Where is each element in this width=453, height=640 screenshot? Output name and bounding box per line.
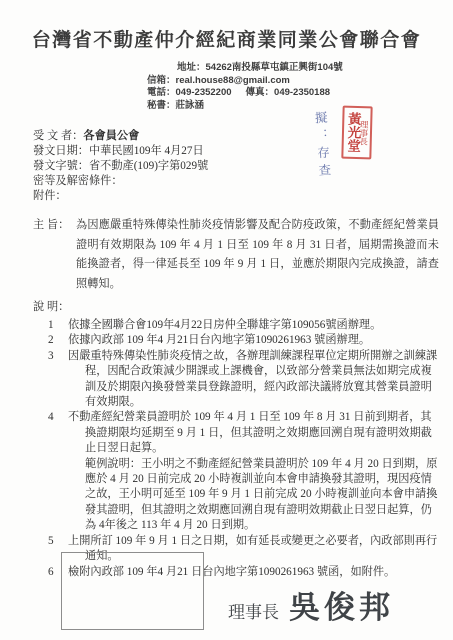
field-ref-number-label: 發文字號：: [33, 160, 89, 172]
subject-section: 主 旨： 為因應嚴重特殊傳染性肺炎疫情影響及配合防疫政策，不動產經紀營業員證明有…: [33, 216, 439, 294]
item-example-text: 範例說明：王小明之不動產經紀營業員證明於 109 年 4 月 20 日到期，原應…: [85, 457, 440, 534]
stamp-name-text: 黃光堂: [345, 112, 360, 153]
empty-attachment-box: [61, 552, 204, 630]
explanation-item-1: 1 依據全國聯合會109年4月22日房仲全聯雄字第109056號函辦理。: [48, 318, 440, 333]
field-issue-date: 發文日期：中華民國109年 4月27日: [33, 144, 453, 159]
field-issue-date-value: 中華民國109年 4月27日: [89, 145, 204, 157]
phone-value: 049-2352200: [176, 87, 232, 98]
phone-label: 電話：: [147, 87, 176, 98]
subject-label: 主 旨：: [33, 216, 76, 294]
field-attachment-label: 附件：: [33, 190, 67, 202]
subject-text: 為因應嚴重特殊傳染性肺炎疫情影響及配合防疫政策，不動產經紀營業員證明有效期限為 …: [76, 216, 439, 294]
address-value: 54262南投縣草屯鎮正興街104號: [206, 62, 343, 73]
fax-value: 049-2350188: [274, 87, 330, 98]
explanation-label: 說 明：: [33, 298, 453, 316]
field-attachment: 附件：: [33, 189, 453, 204]
email-value: real.house88@gmail.com: [176, 75, 290, 86]
explanation-item-2: 2 依據內政部 109 年4 月21日台內地字第1090261963 號函辦理。: [48, 333, 440, 348]
item-text: 因嚴重特殊傳染性肺炎疫情之故，各辦理訓練課程單位定期所開辦之訓練課程，因配合政策…: [68, 349, 440, 411]
item-number: 4: [48, 410, 68, 533]
explanation-items: 1 依據全國聯合會109年4月22日房仲全聯雄字第109056號函辦理。 2 依…: [48, 318, 440, 580]
field-recipient: 受 文 者：各會員公會: [33, 129, 453, 144]
secretary-value: 莊詠涵: [176, 100, 205, 111]
item-text: 依據全國聯合會109年4月22日房仲全聯雄字第109056號函辦理。: [68, 318, 440, 333]
signature-title: 理事長: [228, 598, 279, 623]
field-ref-number-value: 省不動產(109)字第029號: [89, 160, 208, 172]
field-recipient-label: 受 文 者：: [33, 130, 83, 142]
contact-secretary: 秘書：莊詠涵: [147, 100, 453, 113]
contact-phone-fax: 電話：049-2352200傳真：049-2350188: [147, 87, 453, 100]
address-label: 地址：: [177, 62, 206, 73]
contact-block: 地址：54262南投縣草屯鎮正興街104號 信箱：real.house88@gm…: [147, 62, 453, 112]
email-label: 信箱：: [147, 75, 176, 86]
secretary-label: 秘書：: [147, 100, 176, 111]
contact-email: 信箱：real.house88@gmail.com: [147, 75, 453, 88]
explanation-item-4: 4 不動產經紀營業員證明於 109 年 4 月 1 日至 109 年 8 月 3…: [48, 410, 440, 533]
item-text: 不動產經紀營業員證明於 109 年 4 月 1 日至 109 年 8 月 31 …: [68, 410, 440, 456]
chairman-seal-stamp: 理事長 黃光堂: [341, 106, 372, 159]
signature-name: 吳俊邦: [289, 582, 394, 627]
item-number: 1: [48, 318, 68, 333]
field-issue-date-label: 發文日期：: [33, 145, 89, 157]
letter-header-fields: 受 文 者：各會員公會 發文日期：中華民國109年 4月27日 發文字號：省不動…: [33, 129, 453, 204]
item-text: 依據內政部 109 年4 月21日台內地字第1090261963 號函辦理。: [68, 333, 440, 348]
field-ref-number: 發文字號：省不動產(109)字第029號: [33, 159, 453, 174]
signature-block: 理事長 吳俊邦: [228, 582, 394, 627]
scanned-official-letter: 台灣省不動產仲介經紀商業同業公會聯合會 地址：54262南投縣草屯鎮正興街104…: [0, 0, 453, 640]
item-number: 3: [48, 349, 68, 411]
field-classification-label: 密等及解密條件：: [33, 175, 123, 187]
explanation-item-3: 3 因嚴重特殊傳染性肺炎疫情之故，各辦理訓練課程單位定期所開辦之訓練課程，因配合…: [48, 349, 440, 411]
letterhead-title: 台灣省不動產仲介經紀商業同業公會聯合會: [0, 0, 453, 52]
fax-label: 傳真：: [246, 87, 275, 98]
field-classification: 密等及解密條件：: [33, 174, 453, 189]
contact-address: 地址：54262南投縣草屯鎮正興街104號: [147, 62, 453, 75]
field-recipient-value: 各會員公會: [83, 130, 139, 142]
item-number: 2: [48, 333, 68, 348]
